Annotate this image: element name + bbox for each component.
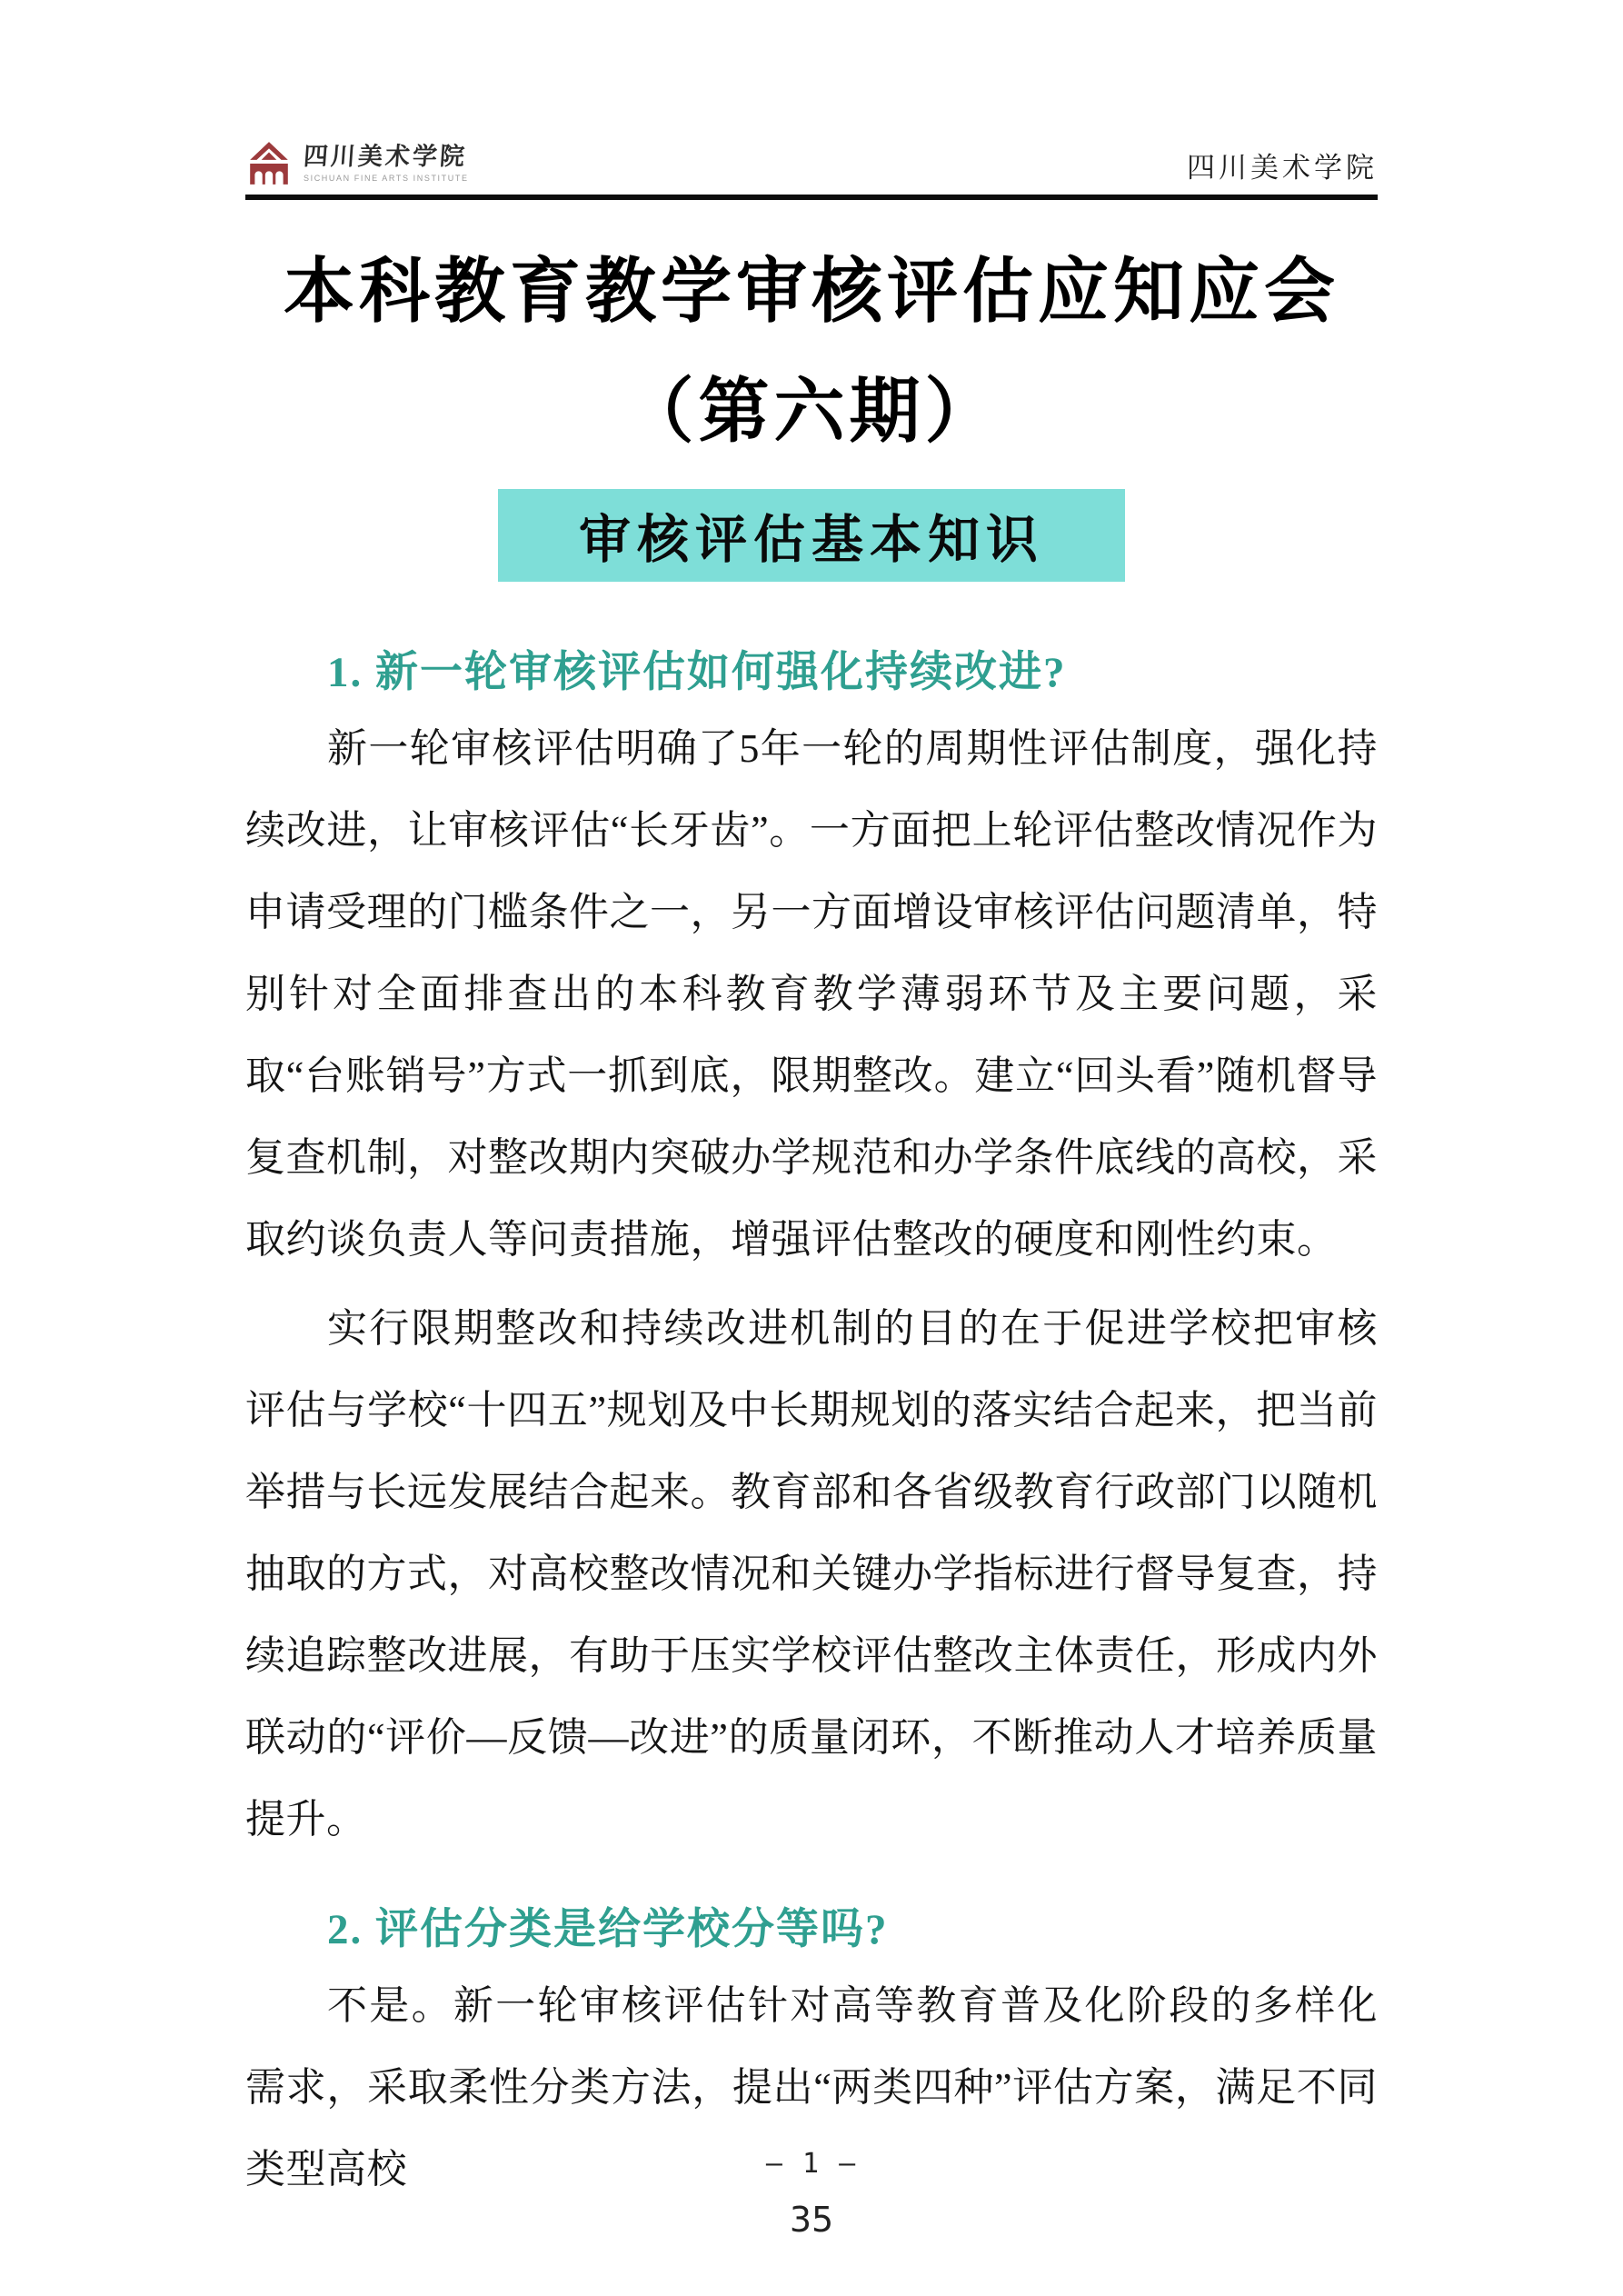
content-column: 四川美术学院 SICHUAN FINE ARTS INSTITUTE 四川美术学… [245, 0, 1378, 2211]
school-logo: 四川美术学院 SICHUAN FINE ARTS INSTITUTE [245, 140, 469, 187]
section-banner: 审核评估基本知识 [498, 489, 1125, 582]
question-heading-1: 1. 新一轮审核评估如何强化持续改进? [245, 645, 1378, 701]
header-divider [245, 195, 1378, 200]
paragraph: 新一轮审核评估明确了5年一轮的周期性评估制度，强化持续改进，让审核评估“长牙齿”… [245, 708, 1378, 1281]
school-logo-text: 四川美术学院 SICHUAN FINE ARTS INSTITUTE [304, 144, 469, 184]
document-page: 四川美术学院 SICHUAN FINE ARTS INSTITUTE 四川美术学… [0, 0, 1623, 2296]
doc-title-line2: （第六期） [245, 376, 1378, 447]
header-school-name: 四川美术学院 [1187, 145, 1378, 187]
footer-page-number: – 1 – [0, 2148, 1623, 2180]
question-heading-2: 2. 评估分类是给学校分等吗? [245, 1902, 1378, 1958]
footer-sheet-number: 35 [0, 2200, 1623, 2240]
doc-title-line1: 本科教育教学审核评估应知应会 [245, 256, 1378, 327]
school-logo-icon [245, 140, 293, 187]
logo-name-en: SICHUAN FINE ARTS INSTITUTE [304, 175, 469, 184]
paragraph: 实行限期整改和持续改进机制的目的在于促进学校把审核评估与学校“十四五”规划及中长… [245, 1288, 1378, 1861]
page-header: 四川美术学院 SICHUAN FINE ARTS INSTITUTE 四川美术学… [245, 0, 1378, 187]
logo-name-zh: 四川美术学院 [303, 144, 470, 171]
section-banner-label: 审核评估基本知识 [579, 498, 1044, 573]
